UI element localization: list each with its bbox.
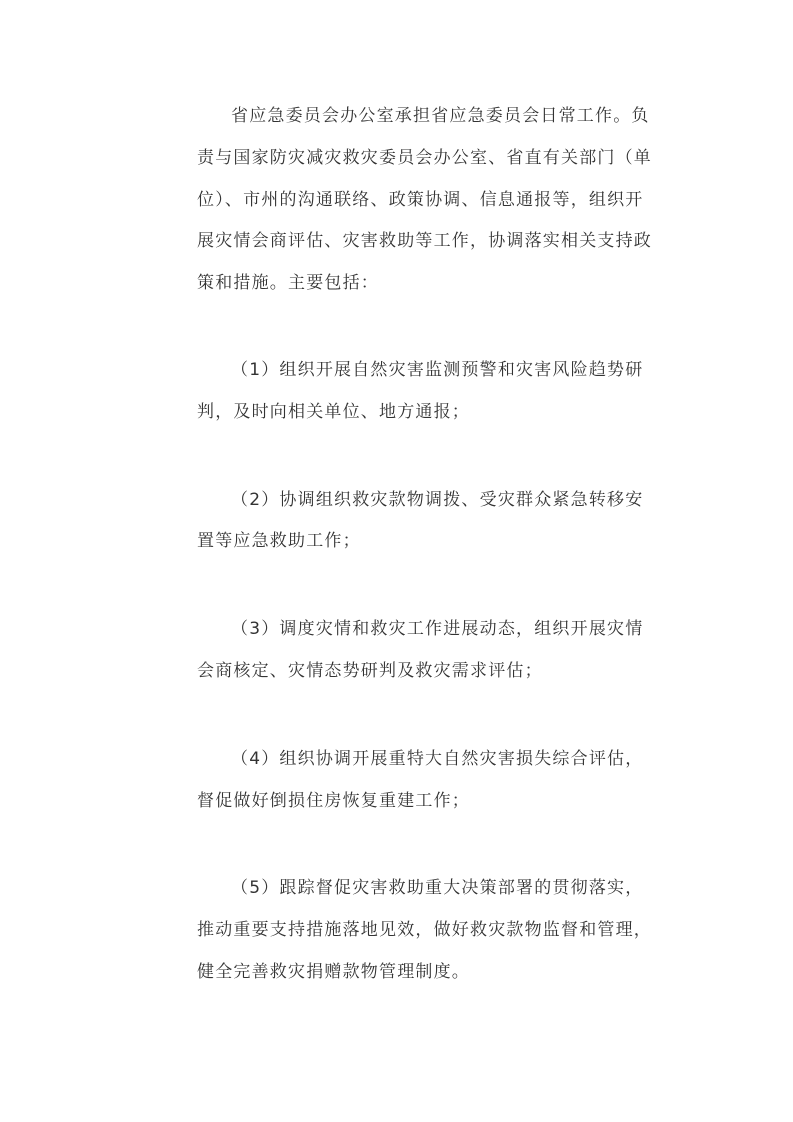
text-line: （4）组织协调开展重特大自然灾害损失综合评估， [197,739,599,781]
list-item-1: （1）组织开展自然灾害监测预警和灾害风险趋势研 判，及时向相关单位、地方通报； [197,350,599,434]
text-line: 位）、市州的沟通联络、政策协调、信息通报等，组织开 [197,180,599,222]
text-line: 判，及时向相关单位、地方通报； [197,392,599,434]
text-line: 责与国家防灾减灾救灾委员会办公室、省直有关部门（单 [197,138,599,180]
list-item-3: （3）调度灾情和救灾工作进展动态，组织开展灾情 会商核定、灾情态势研判及救灾需求… [197,609,599,693]
text-line: （1）组织开展自然灾害监测预警和灾害风险趋势研 [197,350,599,392]
text-line: 推动重要支持措施落地见效，做好救灾款物监督和管理， [197,910,599,952]
list-item-5: （5）跟踪督促灾害救助重大决策部署的贯彻落实， 推动重要支持措施落地见效，做好救… [197,868,599,993]
text-line: 省应急委员会办公室承担省应急委员会日常工作。负 [197,96,599,138]
document-page: 省应急委员会办公室承担省应急委员会日常工作。负 责与国家防灾减灾救灾委员会办公室… [197,96,599,1040]
text-line: （5）跟踪督促灾害救助重大决策部署的贯彻落实， [197,868,599,910]
text-line: （3）调度灾情和救灾工作进展动态，组织开展灾情 [197,609,599,651]
text-line: 会商核定、灾情态势研判及救灾需求评估； [197,651,599,693]
text-line: 健全完善救灾捐赠款物管理制度。 [197,952,599,994]
text-line: （2）协调组织救灾款物调拨、受灾群众紧急转移安 [197,480,599,522]
list-item-2: （2）协调组织救灾款物调拨、受灾群众紧急转移安 置等应急救助工作； [197,480,599,564]
text-line: 策和措施。主要包括： [197,263,599,305]
text-line: 督促做好倒损住房恢复重建工作； [197,781,599,823]
intro-paragraph: 省应急委员会办公室承担省应急委员会日常工作。负 责与国家防灾减灾救灾委员会办公室… [197,96,599,305]
text-line: 置等应急救助工作； [197,521,599,563]
list-item-4: （4）组织协调开展重特大自然灾害损失综合评估， 督促做好倒损住房恢复重建工作； [197,739,599,823]
text-line: 展灾情会商评估、灾害救助等工作，协调落实相关支持政 [197,221,599,263]
